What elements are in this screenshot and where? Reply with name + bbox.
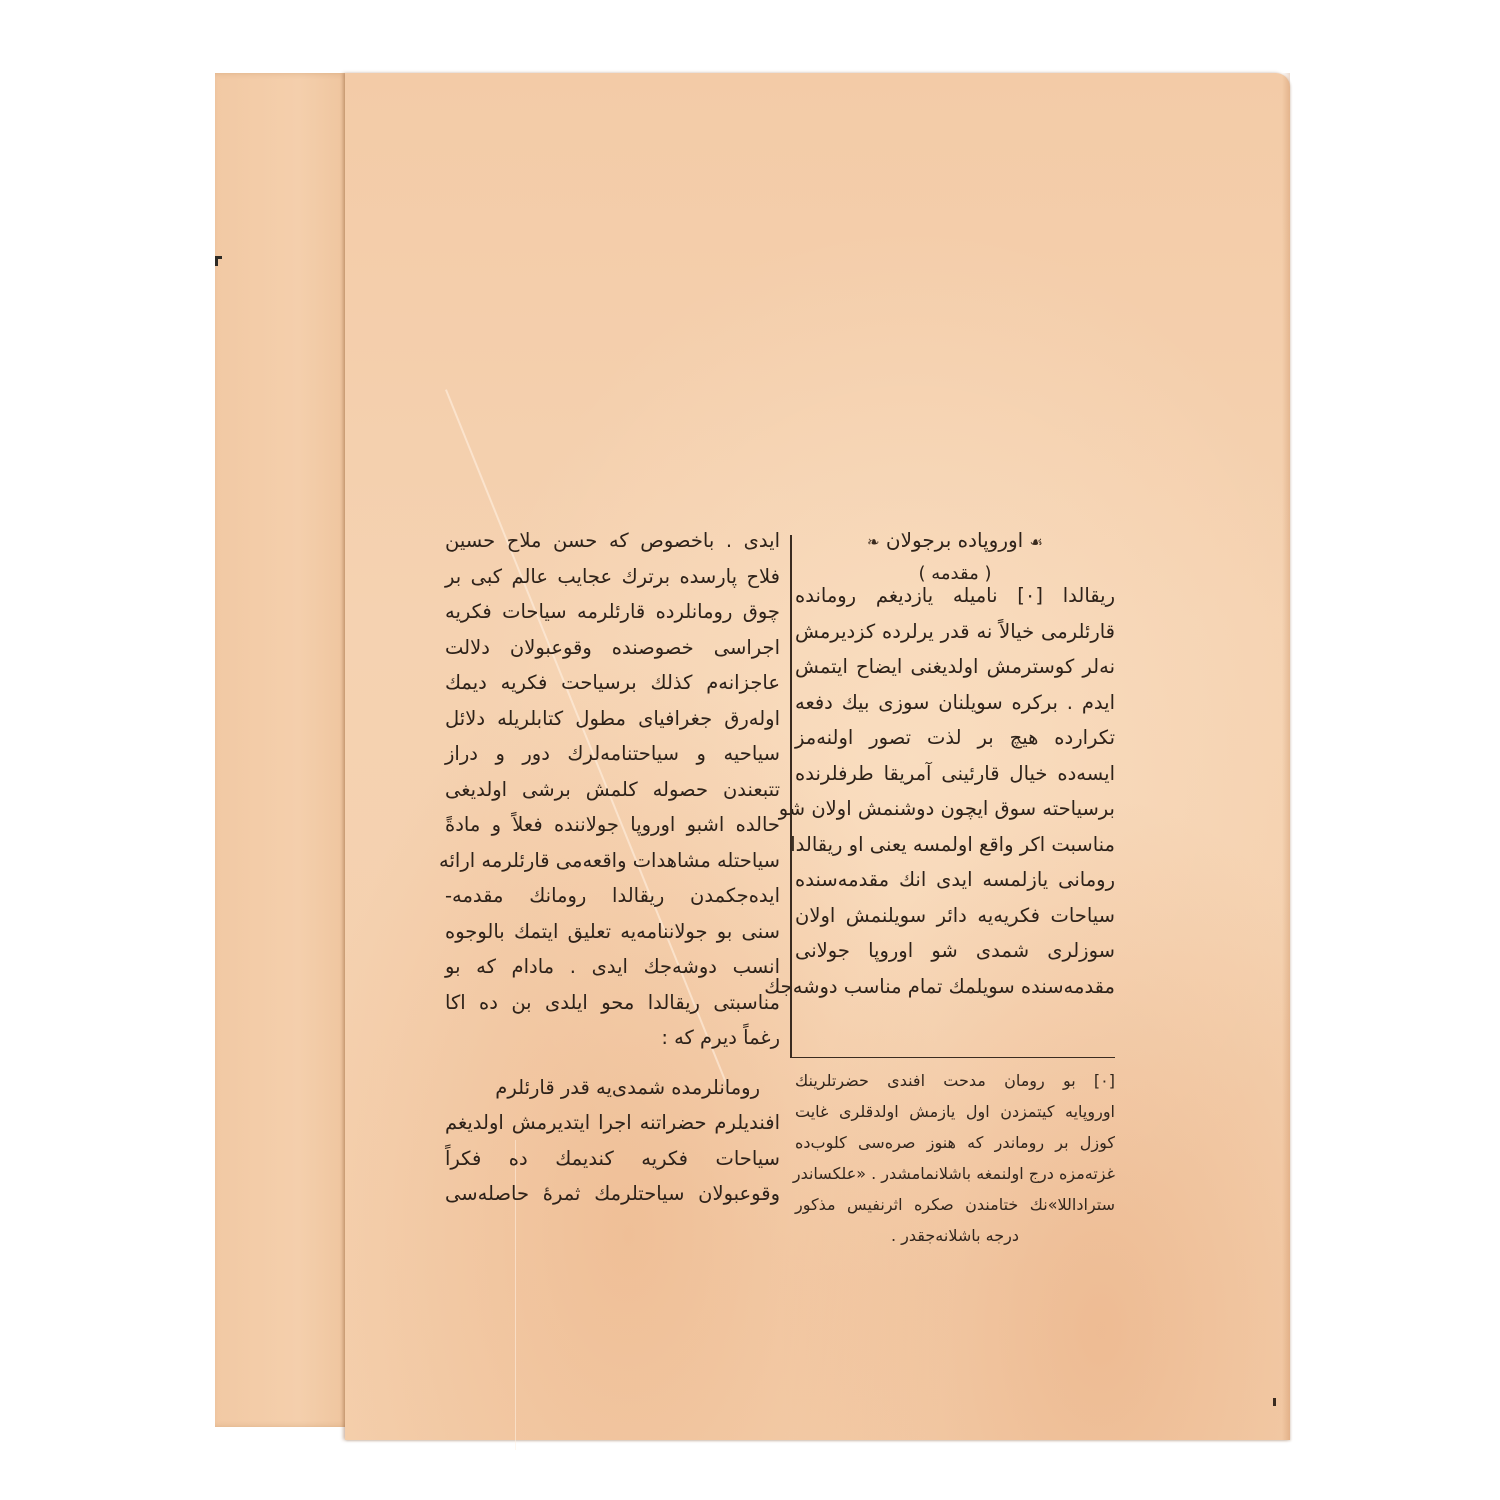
text-line: فلاح پارسده برترك عجايب عالم كبى بر <box>445 559 780 595</box>
footnote-line: غزته‌مزه درج اولنمغه باشلانمامشدر . «علك… <box>795 1158 1115 1189</box>
heading-text: اوروپاده برجولان <box>886 528 1023 552</box>
text-line: افنديلرم حضراتنه اجرا ايتديرمش اولديغم <box>445 1105 780 1141</box>
text-line: چوق رومانلرده قارئلرمه سياحات فكريه <box>445 594 780 630</box>
footnote-divider <box>790 1057 1115 1058</box>
text-line: تتبعندن حصوله كلمش برشى اولديغى <box>445 772 780 808</box>
text-line: ايسه‌ده خيال قارئينى آمريقا طرفلرنده <box>795 756 1115 792</box>
footnote-line: ستراداللا»نك ختامندن صكره اثرنفيس مذكور <box>795 1189 1115 1220</box>
text-line: رومانى يازلمسه ايدى انك مقدمه‌سنده <box>795 862 1115 898</box>
text-line: اجراسى خصوصنده وقوعبولان دلالت <box>445 630 780 666</box>
text-line: وقوعبولان سياحتلرمك ثمرهٔ حاصله‌سى <box>445 1176 780 1212</box>
text-line: مناسبت اكر واقع اولمسه يعنى او ريقالدا <box>795 827 1115 863</box>
footnote-line: [٠] بو رومان مدحت افندى حضرتلرينك <box>795 1065 1115 1096</box>
footnote-line: كوزل بر روماندر كه هنوز صره‌سى كلوب‌ده <box>795 1127 1115 1158</box>
text-line: حالده اشبو اوروپا جولاننده فعلاً و مادةً <box>445 807 780 843</box>
text-line: سياحيه و سياحتنامه‌لرك دور و دراز <box>445 736 780 772</box>
text-line: رغماً ديرم كه : <box>445 1020 780 1056</box>
footnote: [٠] بو رومان مدحت افندى حضرتلرينك اوروپا… <box>795 1065 1115 1251</box>
text-line: سياحات فكريه‌يه دائر سويلنمش اولان <box>795 898 1115 934</box>
text-line: برسياحته سوق ايچون دوشنمش اولان شو <box>795 791 1115 827</box>
text-line: قارئلرمى خيالاً نه قدر يرلرده كزديرمش <box>795 614 1115 650</box>
ornament-icon: ❧ <box>867 533 880 551</box>
text-line: تكرارده هيچ بر لذت تصور اولنه‌مز <box>795 720 1115 756</box>
text-line: سياحتله مشاهدات واقعه‌مى قارئلرمه ارائه <box>445 843 780 879</box>
text-line: سياحات فكريه كنديمك ده فكراً <box>445 1141 780 1177</box>
footnote-line: درجه باشلانه‌جقدر . <box>795 1220 1115 1251</box>
text-line: مقدمه‌سنده سويلمك تمام مناسب دوشه‌جك <box>795 969 1115 1005</box>
footnote-line: اوروپايه كيتمزدن اول يازمش اولدقلرى غايت <box>795 1096 1115 1127</box>
text-line: انسب دوشه‌جك ايدى . مادام كه بو <box>445 949 780 985</box>
text-line: ريقالدا [٠] ناميله يازديغم رومانده <box>795 578 1115 614</box>
text-line: سنى بو جولاننامه‌يه تعليق ايتمك بالوجوه <box>445 914 780 950</box>
ink-mark <box>215 258 218 266</box>
paragraph-gap <box>445 1056 780 1070</box>
text-line: عاجزانه‌م كذلك برسياحت فكريه ديمك <box>445 665 780 701</box>
ornament-icon: ☙ <box>1030 533 1043 551</box>
text-line: سوزلرى شمدى شو اوروپا جولانى <box>795 933 1115 969</box>
text-line: رومانلرمده شمدى‌يه قدر قارئلرم <box>445 1070 780 1106</box>
text-line: نه‌لر كوسترمش اولديغنى ايضاح ايتمش <box>795 649 1115 685</box>
article-heading: ☙ اوروپاده برجولان ❧ <box>795 523 1115 559</box>
text-line: ايدم . بركره سويلنان سوزى بيك دفعه <box>795 685 1115 721</box>
text-line: اوله‌رق جغرافياى مطول كتابلريله دلائل <box>445 701 780 737</box>
text-line: ايده‌جكمدن ريقالدا رومانك مقدمه- <box>445 878 780 914</box>
text-line: مناسبتى ريقالدا محو ايلدى بن ده اكا <box>445 985 780 1021</box>
column-divider <box>790 535 792 1057</box>
left-text-column: ايدى . باخصوص كه حسن ملاح حسين فلاح پارس… <box>445 523 780 1212</box>
ink-mark <box>1273 1398 1276 1406</box>
text-line: ايدى . باخصوص كه حسن ملاح حسين <box>445 523 780 559</box>
back-page <box>215 73 355 1427</box>
right-text-column: ريقالدا [٠] ناميله يازديغم رومانده قارئل… <box>795 578 1115 1004</box>
